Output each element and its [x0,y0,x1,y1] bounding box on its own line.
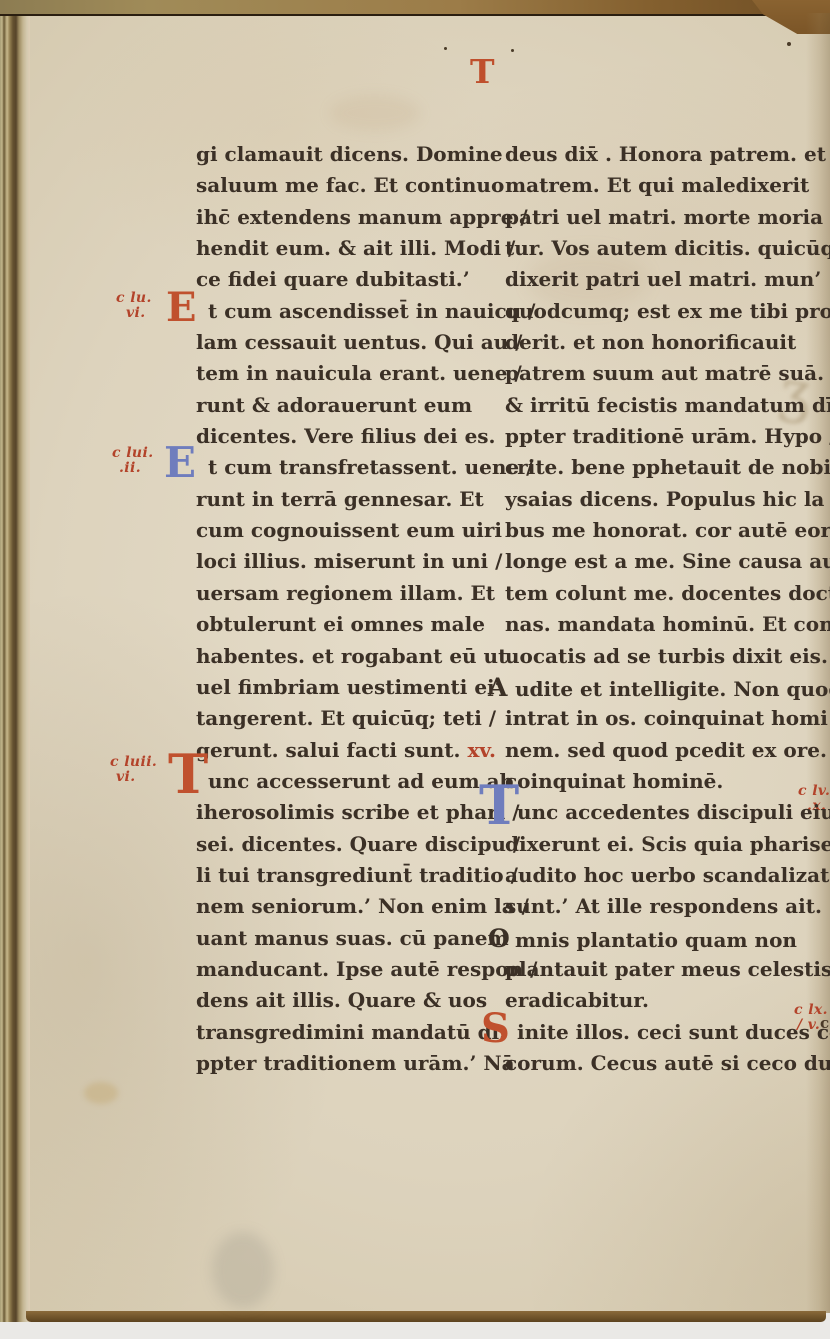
line-text: t cum ascendisset̄ in nauicu / [208,299,535,323]
text-line: uocatis ad se turbis dixit eis. [505,641,817,672]
line-text: ihc̄ extendens manum appre / [196,205,528,229]
line-text: gi clamauit dicens. Domine [196,142,503,166]
text-line: lam cessauit uentus. Qui au / [196,327,508,358]
text-line: dens ait illis. Quare & uos [196,985,508,1016]
margin-note-line: c luii. [110,755,157,770]
text-line: Tunc accesserunt ad eum ab [196,766,508,797]
line-text: manducant. Ipse autē respon / [196,957,537,981]
text-line: uel fimbriam uestimenti ei’ [196,672,508,703]
margin-note-left-1: c lu. vi. [116,291,152,321]
line-text: sunt.’ At ille respondens ait. [505,894,822,918]
text-line: cum cognouissent eum uiri [196,515,508,546]
line-text: tangerent. Et quicūq; teti / [196,706,496,730]
text-line: runt & adorauerunt eum [196,390,508,421]
line-text: hendit eum. & ait illi. Modi / [196,236,515,260]
illuminated-initial: A [488,672,515,703]
line-text: nem seniorum.’ Non enim la / [196,894,529,918]
line-text: runt & adorauerunt eum [196,393,472,417]
text-line: derit. et non honorificauit [505,327,817,358]
text-line: ysaias dicens. Populus hic la / [505,484,817,515]
book-page-edges-left [0,10,30,1322]
line-text: tem colunt me. docentes doctri / [505,581,830,605]
text-line: saluum me fac. Et continuo [196,170,508,201]
line-text: ppter traditionē urām. Hypo / [505,424,830,448]
text-line: tem colunt me. docentes doctri / [505,578,817,609]
ink-speck [787,42,791,46]
text-line: dixerunt ei. Scis quia pharisei [505,829,817,860]
line-text: dixerunt ei. Scis quia pharisei [505,832,830,856]
text-line: Et cum transfretassent. uene / [196,452,508,483]
text-line: habentes. et rogabant eū ut [196,641,508,672]
margin-note-line: vi. [116,306,152,321]
illuminated-initial: T [479,790,519,821]
line-text: audito hoc uerbo scandalizati [505,863,830,887]
text-column-left: gi clamauit dicens. Dominesaluum me fac.… [196,139,508,1079]
line-text: tem in nauicula erant. uene / [196,361,522,385]
text-line: corum. Cecus autē si ceco duca / [505,1048,817,1079]
line-text: mnis plantatio quam non [515,928,797,952]
line-text: cum cognouissent eum uiri [196,518,502,542]
line-text: tur. Vos autem dicitis. quicūq; [505,236,830,260]
margin-note-left-3: c luii. vi. [110,755,157,785]
line-text: longe est a me. Sine causa au / [505,549,830,573]
text-line: dicentes. Vere filius dei es. [196,421,508,452]
text-line: obtulerunt ei omnes male [196,609,508,640]
line-text: ysaias dicens. Populus hic la / [505,487,830,511]
line-text: nas. mandata hominū. Et con / [505,612,830,636]
text-line: gi clamauit dicens. Domine [196,139,508,170]
illuminated-initial: O [488,923,515,954]
line-text: eradicabitur. [505,988,649,1012]
line-text: dixerit patri uel matri. mun’ [505,267,821,291]
line-text: deus dix̄ . Honora patrem. et [505,142,826,166]
line-text: loci illius. miserunt in uni / [196,549,502,573]
margin-note-line: .ii. [112,461,154,476]
line-text: coinquinat hominē. [505,769,723,793]
text-line: deus dix̄ . Honora patrem. et [505,139,817,170]
ink-speck [511,49,514,52]
text-line: sei. dicentes. Quare discipu / [196,829,508,860]
text-line: tem in nauicula erant. uene / [196,358,508,389]
text-line: runt in terrā gennesar. Et [196,484,508,515]
text-line: dixerit patri uel matri. mun’ [505,264,817,295]
line-text: t cum transfretassent. uene / [208,455,533,479]
line-text: ppter traditionem urām.’ Nā [196,1051,515,1075]
text-line: li tui transgrediunt̄ traditio / [196,860,508,891]
line-text: corum. Cecus autē si ceco duca / [505,1051,830,1075]
line-text: unc accesserunt ad eum ab [208,769,514,793]
text-line: longe est a me. Sine causa au / [505,546,817,577]
text-line: iherosolimis scribe et phari / [196,797,508,828]
text-line: Audite et intelligite. Non quod [505,672,817,703]
line-text: crite. bene pphetauit de nobis [505,455,830,479]
text-line: nem. sed quod pcedit ex ore. hoc [505,735,817,766]
line-text: saluum me fac. Et continuo [196,173,504,197]
line-text: uocatis ad se turbis dixit eis. [505,644,828,668]
line-text: runt in terrā gennesar. Et [196,487,484,511]
line-text: matrem. Et qui maledixerit [505,173,809,197]
text-line: Et cum ascendisset̄ in nauicu / [196,296,508,327]
line-text: & irritū fecistis mandatum dī. [505,393,830,417]
text-line: Sinite illos. ceci sunt duces ce / [505,1017,817,1048]
line-text: dens ait illis. Quare & uos [196,988,487,1012]
text-line: & irritū fecistis mandatum dī. [505,390,817,421]
line-text: li tui transgrediunt̄ traditio / [196,863,518,887]
text-line: audito hoc uerbo scandalizati [505,860,817,891]
line-text: intrat in os. coinquinat homi / [505,706,830,730]
text-line: bus me honorat. cor autē eorū [505,515,817,546]
text-line: ihc̄ extendens manum appre / [196,202,508,233]
text-line: ce fidei quare dubitasti.’ [196,264,508,295]
text-line: tangerent. Et quicūq; teti / [196,703,508,734]
text-line: intrat in os. coinquinat homi / [505,703,817,734]
illuminated-initial: S [481,1013,510,1044]
text-line: tur. Vos autem dicitis. quicūq; [505,233,817,264]
line-text: patri uel matri. morte moria / [505,205,830,229]
rubric-numeral: xv. [461,738,496,762]
text-line: Omnis plantatio quam non [505,923,817,954]
manuscript-photo: { "heading_mark": "T", "colors": { "ink"… [0,0,830,1339]
illuminated-initial: E [166,292,197,323]
text-line: crite. bene pphetauit de nobis [505,452,817,483]
line-text: patrem suum aut matrē suā. [505,361,824,385]
line-text: dicentes. Vere filius dei es. [196,424,496,448]
text-line: Tunc accedentes discipuli eius. [505,797,817,828]
text-line: ppter traditionē urām. Hypo / [505,421,817,452]
margin-note-left-2: c lui. .ii. [112,446,154,476]
line-text: obtulerunt ei omnes male [196,612,485,636]
text-line: sunt.’ At ille respondens ait. [505,891,817,922]
line-text: derit. et non honorificauit [505,330,796,354]
text-line: plantauit pater meus celestis. [505,954,817,985]
text-line: nem seniorum.’ Non enim la / [196,891,508,922]
line-text: nem. sed quod pcedit ex ore. hoc [505,738,830,762]
text-line: nas. mandata hominū. Et con / [505,609,817,640]
line-text: gerunt. salui facti sunt. [196,738,461,762]
line-text: transgredimini mandatū dī. [196,1020,506,1044]
line-text: udite et intelligite. Non quod [515,677,830,701]
line-text: ce fidei quare dubitasti.’ [196,267,470,291]
line-text: plantauit pater meus celestis. [505,957,830,981]
text-line: manducant. Ipse autē respon / [196,954,508,985]
margin-note-line: c lui. [112,446,154,461]
text-line: patrem suum aut matrē suā. [505,358,817,389]
text-line: eradicabitur. [505,985,817,1016]
text-line: uersam regionem illam. Et [196,578,508,609]
line-text: quodcumq; est ex me tibi pro / [505,299,830,323]
line-text: unc accedentes discipuli eius. [517,800,830,824]
line-text: lam cessauit uentus. Qui au / [196,330,522,354]
text-line: coinquinat hominē. [505,766,817,797]
rubric-heading-mark: T [470,52,495,91]
text-line: uant manus suas. cū panem [196,923,508,954]
text-line: matrem. Et qui maledixerit [505,170,817,201]
line-text: inite illos. ceci sunt duces ce / [517,1020,830,1044]
text-line: patri uel matri. morte moria / [505,202,817,233]
text-line: quodcumq; est ex me tibi pro / [505,296,817,327]
illuminated-initial: E [164,447,196,478]
illuminated-initial: T [168,759,208,790]
text-line: hendit eum. & ait illi. Modi / [196,233,508,264]
line-text: bus me honorat. cor autē eorū [505,518,830,542]
line-text: uersam regionem illam. Et [196,581,495,605]
book-bottom-edge [26,1311,826,1322]
line-text: habentes. et rogabant eū ut [196,644,507,668]
text-line: loci illius. miserunt in uni / [196,546,508,577]
text-line: transgredimini mandatū dī. [196,1017,508,1048]
line-text: uel fimbriam uestimenti ei’ [196,675,502,699]
book-top-edge [0,0,830,16]
line-text: uant manus suas. cū panem [196,926,509,950]
line-text: iherosolimis scribe et phari / [196,800,520,824]
ink-speck [444,47,447,50]
text-column-right: deus dix̄ . Honora patrem. etmatrem. Et … [505,139,817,1079]
margin-note-line: vi. [110,770,157,785]
margin-note-line: c lu. [116,291,152,306]
text-line: ppter traditionem urām.’ Nā [196,1048,508,1079]
line-text: sei. dicentes. Quare discipu / [196,832,520,856]
text-line: gerunt. salui facti sunt. xv. [196,735,508,766]
